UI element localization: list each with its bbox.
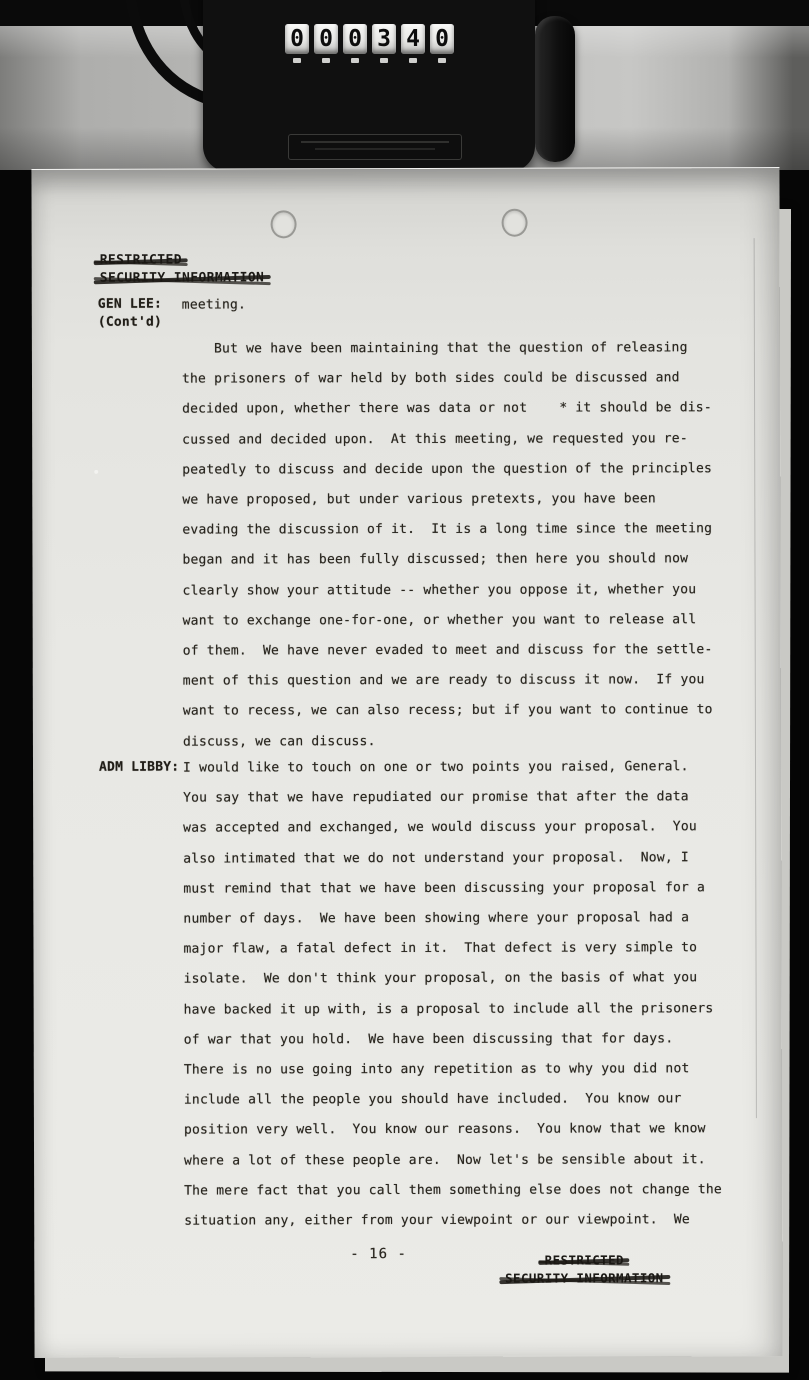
speaker-label: ADM LIBBY: [99,760,179,775]
counter-digit: 4 [401,24,425,54]
punch-hole-left [271,210,297,238]
transcript-line: of war that you hold. We have been discu… [184,1031,674,1047]
security-information-stamp: SECURITY INFORMATION [98,270,267,285]
transcript-line: number of days. We have been showing whe… [183,910,689,926]
document-page: RESTRICTED SECURITY INFORMATION GEN LEE:… [31,167,782,1358]
counter-digit: 0 [430,24,454,54]
transcript-line: have backed it up with, is a proposal to… [184,1001,714,1017]
transcript-line: of them. We have never evaded to meet an… [183,642,713,658]
transcript-line: want to exchange one-for-one, or whether… [183,612,697,628]
transcript-line: ment of this question and we are ready t… [183,672,705,688]
page-number: - 16 - [350,1246,407,1262]
counter-digit: 0 [285,24,309,54]
transcript-line: position very well. You know our reasons… [184,1122,706,1138]
transcript-line: The mere fact that you call them somethi… [184,1182,722,1198]
transcript-line: include all the people you should have i… [184,1091,682,1107]
counter-device: 000340 [203,0,535,172]
microfilm-scan: 000340 RESTRICTED SECURITY INFORMATION G… [0,0,809,1380]
transcript-line: major flaw, a fatal defect in it. That d… [183,940,697,956]
transcript-line: There is no use going into any repetitio… [184,1061,690,1077]
transcript-line: decided upon, whether there was data or … [182,401,712,417]
counter-digit: 0 [343,24,367,54]
sheet-edge-line [754,238,757,1118]
counter-crank-knob [535,16,575,162]
transcript-line: But we have been maintaining that the qu… [182,340,688,356]
speaker-label: (Cont'd) [98,315,162,330]
security-information-stamp: SECURITY INFORMATION [503,1270,666,1285]
restricted-stamp: RESTRICTED [543,1252,626,1267]
classification-stamp-top: RESTRICTED SECURITY INFORMATION [98,252,267,288]
transcript-line: You say that we have repudiated our prom… [183,789,689,805]
speaker-label: GEN LEE: [98,297,162,312]
transcript-line: meeting. [182,297,246,312]
punch-hole-right [502,209,528,237]
transcript-line: we have proposed, but under various pret… [182,491,656,507]
dust-speck [94,470,98,474]
transcript-line: clearly show your attitude -- whether yo… [183,582,697,598]
transcript-line: must remind that that we have been discu… [183,880,705,896]
transcript-line: peatedly to discuss and decide upon the … [182,461,712,477]
transcript-line: evading the discussion of it. It is a lo… [182,521,712,537]
transcript-line: the prisoners of war held by both sides … [182,370,680,386]
transcript-line: situation any, either from your viewpoin… [184,1212,690,1228]
transcript-body: GEN LEE:(Cont'd)meeting. But we have bee… [31,168,779,170]
counter-digit: 3 [372,24,396,54]
transcript-line: want to recess, we can also recess; but … [183,703,713,719]
transcript-line: discuss, we can discuss. [183,734,376,750]
classification-stamp-bottom: RESTRICTED SECURITY INFORMATION [498,1252,670,1288]
counter-digit: 0 [314,24,338,54]
transcript-line: also intimated that we do not understand… [183,850,689,866]
counter-label-plate [288,134,462,160]
transcript-line: where a lot of these people are. Now let… [184,1152,706,1168]
transcript-line: cussed and decided upon. At this meeting… [182,431,688,447]
counter-digit-window: 000340 [285,24,454,54]
transcript-line: I would like to touch on one or two poin… [183,759,689,775]
transcript-line: isolate. We don't think your proposal, o… [184,971,698,987]
transcript-line: was accepted and exchanged, we would dis… [183,820,697,836]
transcript-line: began and it has been fully discussed; t… [182,552,688,568]
restricted-stamp: RESTRICTED [98,253,184,268]
